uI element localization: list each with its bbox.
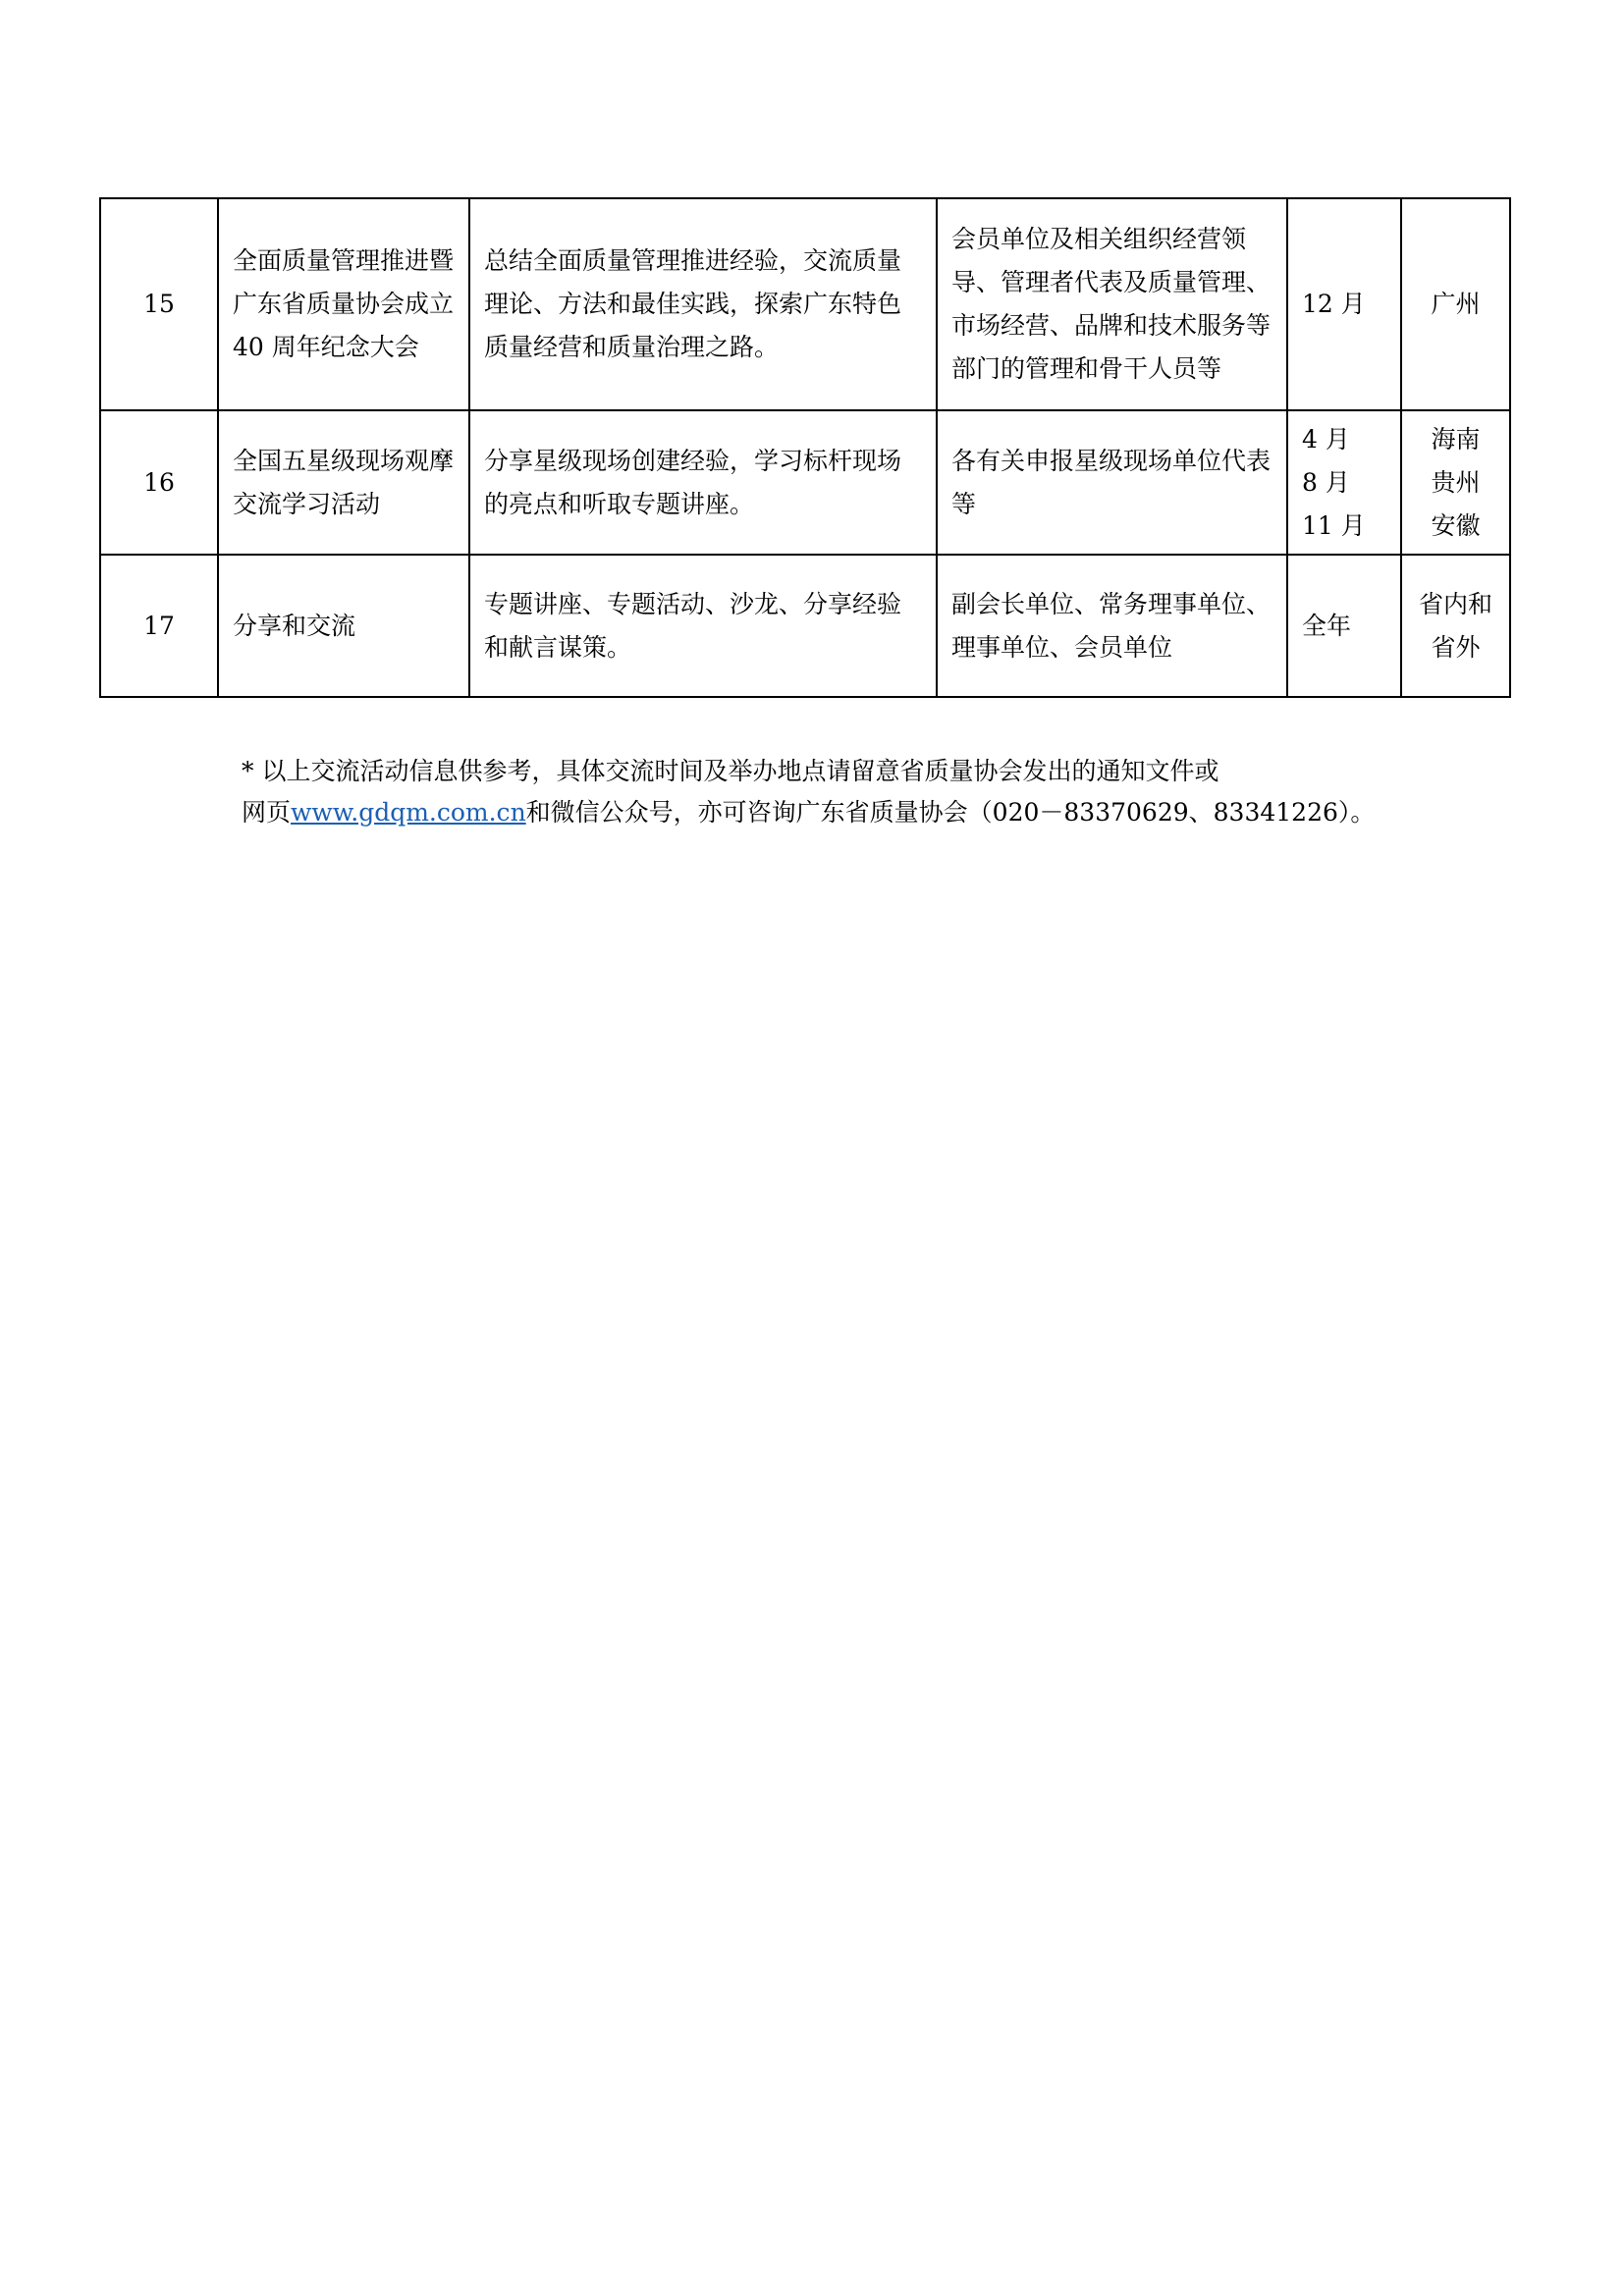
activity-content: 专题讲座、专题活动、沙龙、分享经验和献言谋策。 (469, 555, 937, 697)
activity-content: 分享星级现场创建经验，学习标杆现场的亮点和听取专题讲座。 (469, 410, 937, 555)
place-line: 安徽 (1416, 505, 1495, 548)
row-number: 16 (100, 410, 218, 555)
row-number: 15 (100, 198, 218, 410)
place-line: 贵州 (1416, 461, 1495, 505)
footnote: * 以上交流活动信息供参考，具体交流时间及举办地点请留意省质量协会发出的通知文件… (242, 751, 1518, 833)
place-line: 省内和 (1416, 583, 1495, 626)
time-line: 4 月 (1302, 418, 1386, 461)
activity-place: 海南 贵州 安徽 (1401, 410, 1510, 555)
place-line: 海南 (1416, 418, 1495, 461)
time-line: 全年 (1302, 605, 1386, 648)
footnote-suffix: 和微信公众号，亦可咨询广东省质量协会（020－83370629、83341226… (526, 798, 1376, 827)
activities-table: 15 全面质量管理推进暨广东省质量协会成立 40 周年纪念大会 总结全面质量管理… (99, 197, 1511, 698)
activity-place: 省内和 省外 (1401, 555, 1510, 697)
activity-name: 分享和交流 (218, 555, 469, 697)
activity-time: 4 月 8 月 11 月 (1287, 410, 1401, 555)
activity-name: 全面质量管理推进暨广东省质量协会成立 40 周年纪念大会 (218, 198, 469, 410)
time-line: 8 月 (1302, 461, 1386, 505)
table-row: 15 全面质量管理推进暨广东省质量协会成立 40 周年纪念大会 总结全面质量管理… (100, 198, 1510, 410)
activity-participants: 各有关申报星级现场单位代表等 (937, 410, 1287, 555)
row-number: 17 (100, 555, 218, 697)
activity-name: 全国五星级现场观摩交流学习活动 (218, 410, 469, 555)
activity-participants: 副会长单位、常务理事单位、理事单位、会员单位 (937, 555, 1287, 697)
activity-participants: 会员单位及相关组织经营领导、管理者代表及质量管理、市场经营、品牌和技术服务等部门… (937, 198, 1287, 410)
footnote-line-1: * 以上交流活动信息供参考，具体交流时间及举办地点请留意省质量协会发出的通知文件… (242, 751, 1518, 792)
place-line: 省外 (1416, 626, 1495, 669)
table-row: 17 分享和交流 专题讲座、专题活动、沙龙、分享经验和献言谋策。 副会长单位、常… (100, 555, 1510, 697)
footnote-prefix: 网页 (242, 798, 291, 827)
time-line: 11 月 (1302, 505, 1386, 548)
time-line: 12 月 (1302, 283, 1386, 326)
place-line: 广州 (1416, 283, 1495, 326)
document-page: 15 全面质量管理推进暨广东省质量协会成立 40 周年纪念大会 总结全面质量管理… (0, 0, 1624, 2296)
activity-time: 12 月 (1287, 198, 1401, 410)
table-row: 16 全国五星级现场观摩交流学习活动 分享星级现场创建经验，学习标杆现场的亮点和… (100, 410, 1510, 555)
website-link[interactable]: www.gdqm.com.cn (291, 798, 526, 827)
activity-place: 广州 (1401, 198, 1510, 410)
activity-content: 总结全面质量管理推进经验，交流质量理论、方法和最佳实践，探索广东特色质量经营和质… (469, 198, 937, 410)
footnote-line-2: 网页www.gdqm.com.cn和微信公众号，亦可咨询广东省质量协会（020－… (242, 792, 1518, 833)
activity-time: 全年 (1287, 555, 1401, 697)
